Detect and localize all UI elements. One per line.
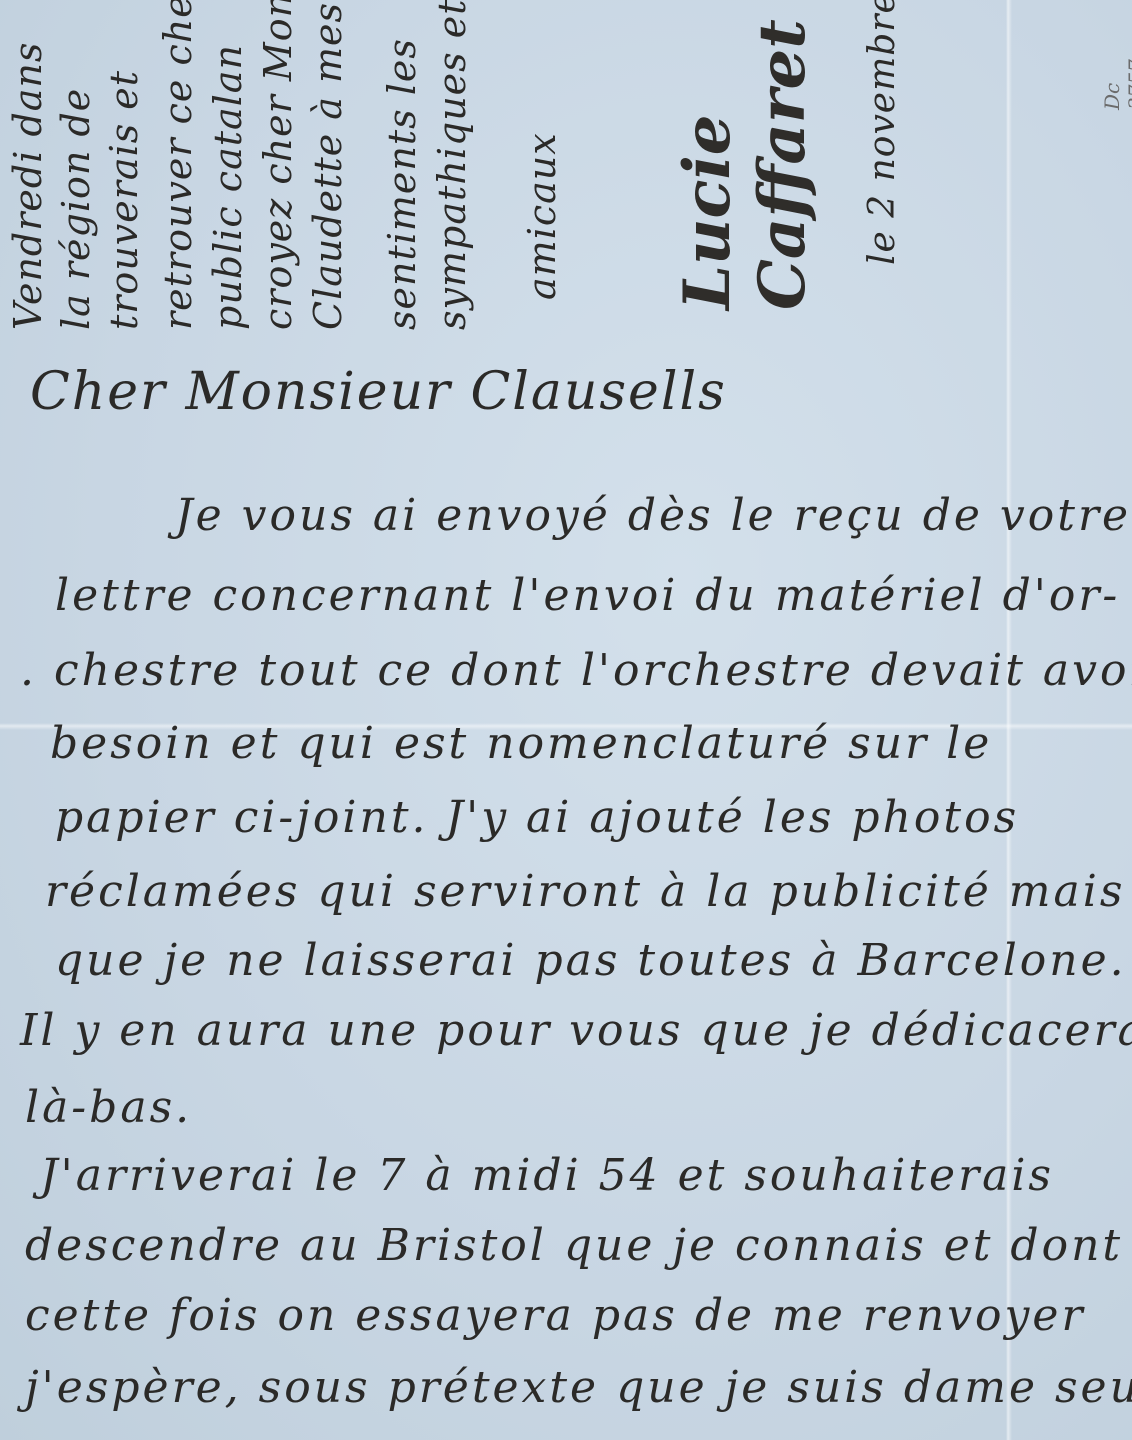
body-line: J'arriverai le 7 à midi 54 et souhaitera…	[40, 1150, 1054, 1201]
signature: Lucie Caffaret	[670, 0, 820, 310]
body-line: cette fois on essayera pas de me renvoye…	[25, 1290, 1085, 1341]
body-line: descendre au Bristol que je connais et d…	[25, 1220, 1123, 1271]
margin-line: Vendredi dans	[6, 42, 50, 330]
margin-line: retrouver ce cher	[156, 0, 200, 330]
margin-line: sympathiques et	[430, 0, 474, 330]
margin-line: croyez cher Monsieur	[256, 0, 300, 330]
body-line: j'espère, sous prétexte que je suis dame…	[25, 1362, 1132, 1413]
margin-line: public catalan	[206, 44, 250, 330]
body-line: papier ci-joint. J'y ai ajouté les photo…	[55, 792, 1019, 843]
margin-line: sentiments les	[380, 38, 424, 330]
margin-line: amicaux	[520, 132, 564, 300]
margin-line: Claudette à mes	[306, 2, 350, 330]
margin-line: trouverais et	[102, 70, 146, 330]
body-line: que je ne laisserai pas toutes à Barcelo…	[55, 935, 1127, 986]
body-line: Il y en aura une pour vous que je dédica…	[20, 1005, 1132, 1056]
letter-page: Vendredi dans la région de trouverais et…	[0, 0, 1132, 1440]
archive-reference: Dc 3757	[1100, 59, 1132, 110]
body-line: besoin et qui est nomenclaturé sur le	[50, 718, 992, 769]
body-line: . chestre tout ce dont l'orchestre devai…	[20, 645, 1132, 696]
margin-line: la région de	[54, 88, 98, 330]
body-line: là-bas.	[25, 1082, 192, 1133]
letter-date: le 2 novembre 2	[862, 0, 903, 265]
body-line: réclamées qui serviront à la publicité m…	[45, 866, 1125, 917]
body-line: Je vous ai envoyé dès le reçu de votre	[175, 490, 1131, 541]
body-line: lettre concernant l'envoi du matériel d'…	[55, 570, 1120, 621]
greeting: Cher Monsieur Clausells	[30, 362, 727, 422]
